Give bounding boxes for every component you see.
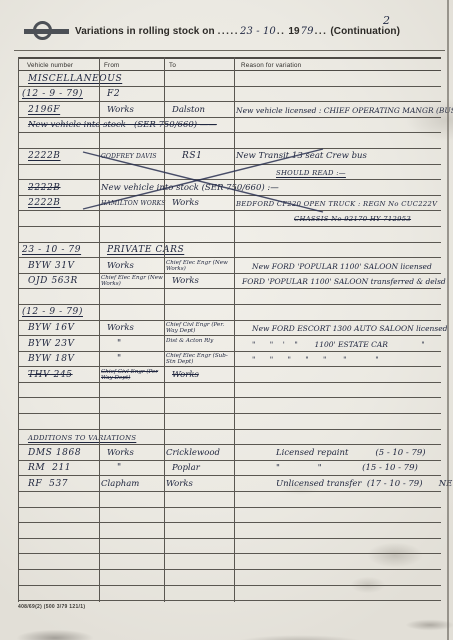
table-row: 23 - 10 - 79PRIVATE CARS <box>18 243 441 259</box>
table-row <box>18 289 441 305</box>
form-header: Variations in rolling stock on .....23 -… <box>24 20 449 42</box>
table-cell: 2222B <box>28 183 61 193</box>
london-transport-roundel-logo <box>24 20 70 42</box>
table-cell: Works <box>107 261 134 271</box>
table-cell: Chief Elec Engr (Sub-Stn Dept) <box>166 353 230 365</box>
handwritten-year: 79 <box>301 26 314 37</box>
table-cell: " " ' " 1100' ESTATE CAR " <box>252 340 425 349</box>
table-cell: New vehicle into stock (SER 750/660) —— <box>28 120 217 130</box>
table-cell: " <box>117 354 122 364</box>
table-cell: 2222B <box>28 151 61 161</box>
table-cell: " <box>117 339 122 349</box>
column-divider <box>234 57 235 602</box>
table-row <box>18 508 441 524</box>
table-row: BYW 23V"Dist & Acton Rly" " ' " 1100' ES… <box>18 336 441 352</box>
table-cell: Poplar <box>172 463 200 473</box>
table-row <box>18 539 441 555</box>
title-text: Variations in rolling stock on <box>75 26 215 37</box>
continuation-label-wrap: 2 (Continuation) <box>330 26 400 37</box>
continuation-label: (Continuation) <box>330 26 400 37</box>
table-row: BYW 31VWorksChief Elec Engr (New Works)N… <box>18 258 441 274</box>
column-divider <box>99 57 100 602</box>
table-cell: 23 - 10 - 79 <box>22 245 81 255</box>
table-cell: BYW 31V <box>28 261 75 271</box>
table-row: RF 537ClaphamWorksUnlicensed transfer (1… <box>18 476 441 492</box>
table-row: BYW 16VWorksChief Civl Engr (Per. Way De… <box>18 321 441 337</box>
table-row: RM 211"Poplar" " (15 - 10 - 79) <box>18 461 441 477</box>
table-cell: ADDITIONS TO VARIATIONS <box>28 434 136 442</box>
table-cell: (12 - 9 - 79) <box>22 307 83 317</box>
table-row <box>18 523 441 539</box>
table-cell: Dist & Acton Rly <box>166 338 230 344</box>
table-cell: (12 - 9 - 79) <box>22 89 83 99</box>
table-cell: Cricklewood <box>166 448 220 458</box>
dotted-rule: ..... <box>218 26 239 37</box>
table-cell: THV 245 <box>28 370 73 380</box>
year-prefix: 19 <box>288 26 299 37</box>
table-cell: RF 537 <box>28 479 68 489</box>
table-cell: New FORD ESCORT 1300 AUTO SALOON license… <box>252 324 447 333</box>
table-row: OJD 563RChief Elec Engr (New Works)Works… <box>18 274 441 290</box>
table-cell: BYW 18V <box>28 354 75 364</box>
form-reference-number: 408/69(2) (500 3/79 121/1) <box>18 604 85 610</box>
table-row <box>18 570 441 586</box>
table-row <box>18 554 441 570</box>
scanned-form-page: Variations in rolling stock on .....23 -… <box>0 0 453 640</box>
table-cell: BYW 23V <box>28 339 75 349</box>
roundel-bar <box>24 29 69 34</box>
table-cell: Works <box>107 105 134 115</box>
table-cell: Works <box>166 479 193 489</box>
table-cell: Works <box>107 448 134 458</box>
table-cell: 2196F <box>28 105 60 115</box>
crossout-x-mark <box>78 145 328 215</box>
table-row: (12 - 9 - 79) <box>18 305 441 321</box>
table-cell: FORD 'POPULAR 1100' SALOON transferred &… <box>242 277 446 286</box>
table-cell: Dalston <box>172 105 205 115</box>
handwritten-date: 23 - 10 <box>240 26 276 37</box>
dotted-rule: .. <box>277 26 286 37</box>
table-cell: 2222B <box>28 198 61 208</box>
table-row: New vehicle into stock (SER 750/660) —— <box>18 118 441 134</box>
table-cell: New FORD 'POPULAR 1100' SALOON licensed <box>252 262 432 271</box>
column-header-reason: Reason for variation <box>241 62 301 69</box>
scan-page-edge <box>447 0 449 640</box>
table-cell: Licensed repaint (5 - 10 - 79) <box>276 448 426 458</box>
table-cell: BYW 16V <box>28 323 75 333</box>
table-row <box>18 383 441 399</box>
table-row: ADDITIONS TO VARIATIONS <box>18 430 441 446</box>
table-cell: " " " " " " " <box>252 355 379 364</box>
table-left-border <box>18 57 19 602</box>
table-cell: " " (15 - 10 - 79) <box>276 463 418 473</box>
table-row <box>18 398 441 414</box>
column-divider <box>164 57 165 602</box>
variations-table: Vehicle number From To Reason for variat… <box>18 57 441 602</box>
table-row <box>18 414 441 430</box>
table-cell: Unlicensed transfer (17 - 10 - 79) NE <box>276 479 452 489</box>
table-cell: Chief Elec Engr (New Works) <box>101 275 165 287</box>
table-row: 2196FWorksDalstonNew vehicle licensed : … <box>18 102 441 118</box>
table-cell: F2 <box>107 89 120 99</box>
table-cell: Chief Civl Engr (Per Way Dept) <box>101 369 165 381</box>
column-header-from: From <box>104 62 120 69</box>
column-header-vehicle-number: Vehicle number <box>27 62 73 69</box>
table-cell: CHASSIS No 92170 HY 712953 <box>294 215 411 223</box>
table-row: DMS 1868WorksCricklewoodLicensed repaint… <box>18 445 441 461</box>
table-row <box>18 492 441 508</box>
table-header-row: Vehicle number From To Reason for variat… <box>18 57 441 71</box>
table-cell: RM 211 <box>28 463 71 473</box>
table-cell: Works <box>172 276 199 286</box>
table-cell: Works <box>172 370 199 380</box>
table-row: (12 - 9 - 79)F2 <box>18 87 441 103</box>
table-cell: Chief Civl Engr (Per. Way Dept) <box>166 322 230 334</box>
table-row: BYW 18V"Chief Elec Engr (Sub-Stn Dept)" … <box>18 352 441 368</box>
dotted-rule: ... <box>315 26 328 37</box>
column-header-to: To <box>169 62 176 69</box>
table-row <box>18 227 441 243</box>
handwritten-page-number: 2 <box>383 14 390 27</box>
table-cell: Chief Elec Engr (New Works) <box>166 260 230 272</box>
table-cell: New vehicle licensed : CHIEF OPERATING M… <box>236 106 453 115</box>
table-row <box>18 586 441 602</box>
table-cell: Works <box>107 323 134 333</box>
table-row: MISCELLANEOUS <box>18 71 441 87</box>
table-cell: MISCELLANEOUS <box>28 74 122 84</box>
table-cell: " <box>117 463 122 473</box>
table-row: THV 245Chief Civl Engr (Per Way Dept)Wor… <box>18 367 441 383</box>
table-cell: Clapham <box>101 479 139 489</box>
table-cell: DMS 1868 <box>28 448 81 458</box>
page-title: Variations in rolling stock on .....23 -… <box>75 26 400 37</box>
table-cell: PRIVATE CARS <box>107 245 184 255</box>
table-cell: OJD 563R <box>28 276 78 286</box>
header-divider-line <box>14 50 445 51</box>
